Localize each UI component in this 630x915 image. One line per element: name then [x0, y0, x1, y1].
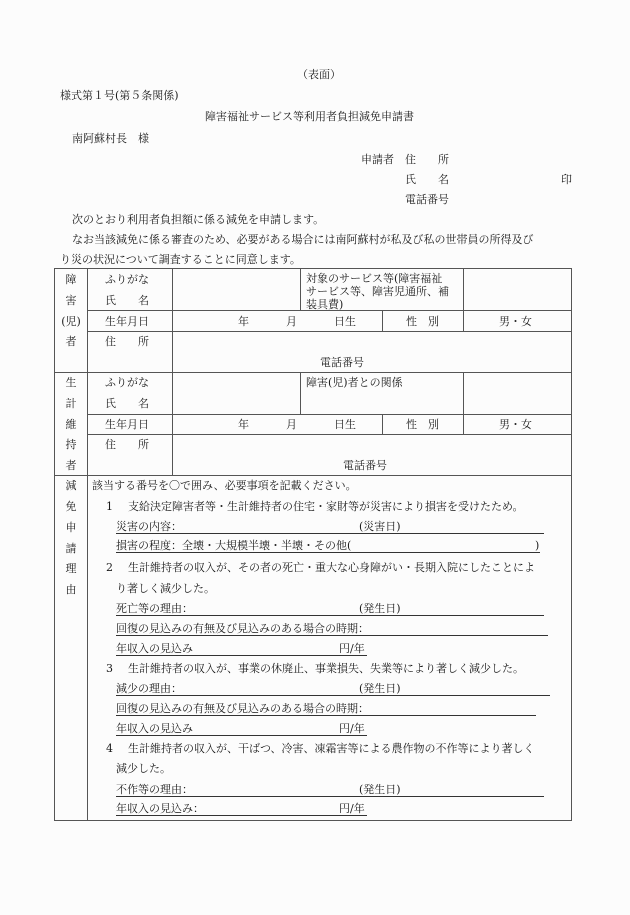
field-label: 損害の程度：全壊・大規模半壊・半壊・その他(: [116, 540, 351, 551]
address-label: 住 所: [105, 336, 149, 347]
field-label: 回復の見込みの有無及び見込みのある場合の時期：: [116, 703, 369, 714]
input-underline[interactable]: [116, 796, 544, 797]
reason-text: 生計維持者の収入が、干ばつ、冷害、凍霜害等による農作物の不作等により著しく: [128, 743, 535, 754]
month-label: 月: [286, 419, 297, 430]
reason-number[interactable]: 4: [106, 743, 113, 754]
instruction-text: 該当する番号を〇で囲み、必要事項を記載ください。: [92, 480, 357, 491]
field-suffix: 円/年: [339, 723, 365, 734]
day-label: 日生: [334, 419, 356, 430]
reason-text-cont: 減少した。: [116, 763, 171, 774]
field-label: 年収入の見込み: [116, 643, 193, 654]
input-underline[interactable]: [116, 635, 548, 636]
birthdate-label: 生年月日: [105, 316, 149, 327]
intro-line-2: なお当該減免に係る審査のため、必要がある場合には南阿蘇村が私及び私の世帯員の所得…: [72, 234, 534, 245]
form-number: 様式第１号(第５条関係): [60, 90, 179, 101]
section-label-char: 者: [54, 336, 88, 347]
reason-number[interactable]: 2: [106, 562, 113, 573]
day-label: 日生: [334, 316, 356, 327]
service-input[interactable]: [464, 269, 571, 310]
input-underline[interactable]: [116, 533, 544, 534]
applicant-phone-label: 電話番号: [405, 194, 449, 205]
reason-number[interactable]: 1: [106, 501, 113, 512]
applicant-address-label: 住 所: [405, 154, 449, 165]
seal-mark: 印: [561, 174, 572, 185]
field-label: 年収入の見込み：: [116, 803, 204, 814]
furigana-label: ふりがな: [105, 377, 149, 388]
field-suffix: (発生日): [359, 683, 401, 694]
reason-text: 支給決定障害者等・生計維持者の住宅・家財等が災害により損害を受けたため。: [128, 501, 524, 512]
page-title: 障害福祉サービス等利用者負担減免申請書: [205, 111, 414, 122]
relation-input[interactable]: [464, 373, 571, 414]
input-underline[interactable]: [116, 815, 367, 816]
service-label: 対象のサービス等(障害福祉 サービス等、障害児通所、補 装具費): [306, 272, 449, 311]
reason-text: 生計維持者の収入が、その者の死亡・重大な心身障がい・長期入院にしたことによ: [128, 562, 535, 573]
reason-text: 生計維持者の収入が、事業の休廃止、事業損失、失業等により著しく減少した。: [128, 663, 524, 674]
disabled-address-input[interactable]: [173, 332, 571, 372]
section-label-char: 持: [54, 439, 88, 450]
relation-label: 障害(児)者との関係: [306, 377, 403, 388]
field-suffix: ): [535, 540, 539, 551]
section-label-char: 維: [54, 419, 88, 430]
section-label-char: 請: [54, 543, 88, 554]
section-label-char: 障: [54, 274, 88, 285]
section-label-char: 計: [54, 398, 88, 409]
gender-options[interactable]: 男・女: [499, 419, 532, 430]
provider-address-input[interactable]: [173, 435, 571, 475]
field-label: 回復の見込みの有無及び見込みのある場合の時期：: [116, 623, 369, 634]
gender-label: 性 別: [406, 419, 439, 430]
side-label: （表面）: [297, 69, 341, 80]
year-label: 年: [238, 316, 249, 327]
section-label-char: 申: [54, 522, 88, 533]
name-label: 氏 名: [105, 295, 149, 306]
field-suffix: (発生日): [359, 603, 401, 614]
section-label-char: (児): [54, 316, 88, 327]
intro-line-1: 次のとおり利用者負担額に係る減免を申請します。: [72, 214, 324, 225]
field-label: 年収入の見込み: [116, 723, 193, 734]
reason-text-cont: り著しく減少した。: [116, 583, 215, 594]
address-label: 住 所: [105, 439, 149, 450]
disabled-name-input[interactable]: [173, 269, 300, 310]
input-underline[interactable]: [116, 655, 367, 656]
applicant-label: 申請者: [361, 154, 394, 165]
addressee: 南阿蘇村長 様: [72, 133, 149, 144]
field-label: 減少の理由：: [116, 683, 182, 694]
section-label-char: 生: [54, 377, 88, 388]
field-label: 死亡等の理由：: [116, 603, 193, 614]
applicant-name-label: 氏 名: [405, 174, 449, 185]
field-suffix: 円/年: [339, 803, 365, 814]
field-label: 不作等の理由：: [116, 784, 193, 795]
section-label-char: 由: [54, 584, 88, 595]
field-suffix: (発生日): [359, 784, 401, 795]
input-underline[interactable]: [116, 715, 536, 716]
field-suffix: 円/年: [339, 643, 365, 654]
name-label: 氏 名: [105, 398, 149, 409]
input-underline[interactable]: [116, 735, 367, 736]
section-label-char: 理: [54, 563, 88, 574]
field-label: 災害の内容：: [116, 521, 182, 532]
input-underline[interactable]: [116, 615, 544, 616]
furigana-label: ふりがな: [105, 274, 149, 285]
section-label-char: 免: [54, 501, 88, 512]
provider-name-input[interactable]: [173, 373, 300, 414]
birthdate-label: 生年月日: [105, 419, 149, 430]
year-label: 年: [238, 419, 249, 430]
month-label: 月: [286, 316, 297, 327]
input-underline[interactable]: [116, 695, 550, 696]
input-underline[interactable]: [116, 552, 540, 553]
section-label-char: 害: [54, 295, 88, 306]
gender-options[interactable]: 男・女: [499, 316, 532, 327]
field-suffix: (災害日): [359, 521, 401, 532]
reason-number[interactable]: 3: [106, 663, 113, 674]
intro-line-3: り災の状況について調査することに同意します。: [60, 254, 301, 265]
gender-label: 性 別: [406, 316, 439, 327]
section-label-char: 減: [54, 480, 88, 491]
section-label-char: 者: [54, 460, 88, 471]
